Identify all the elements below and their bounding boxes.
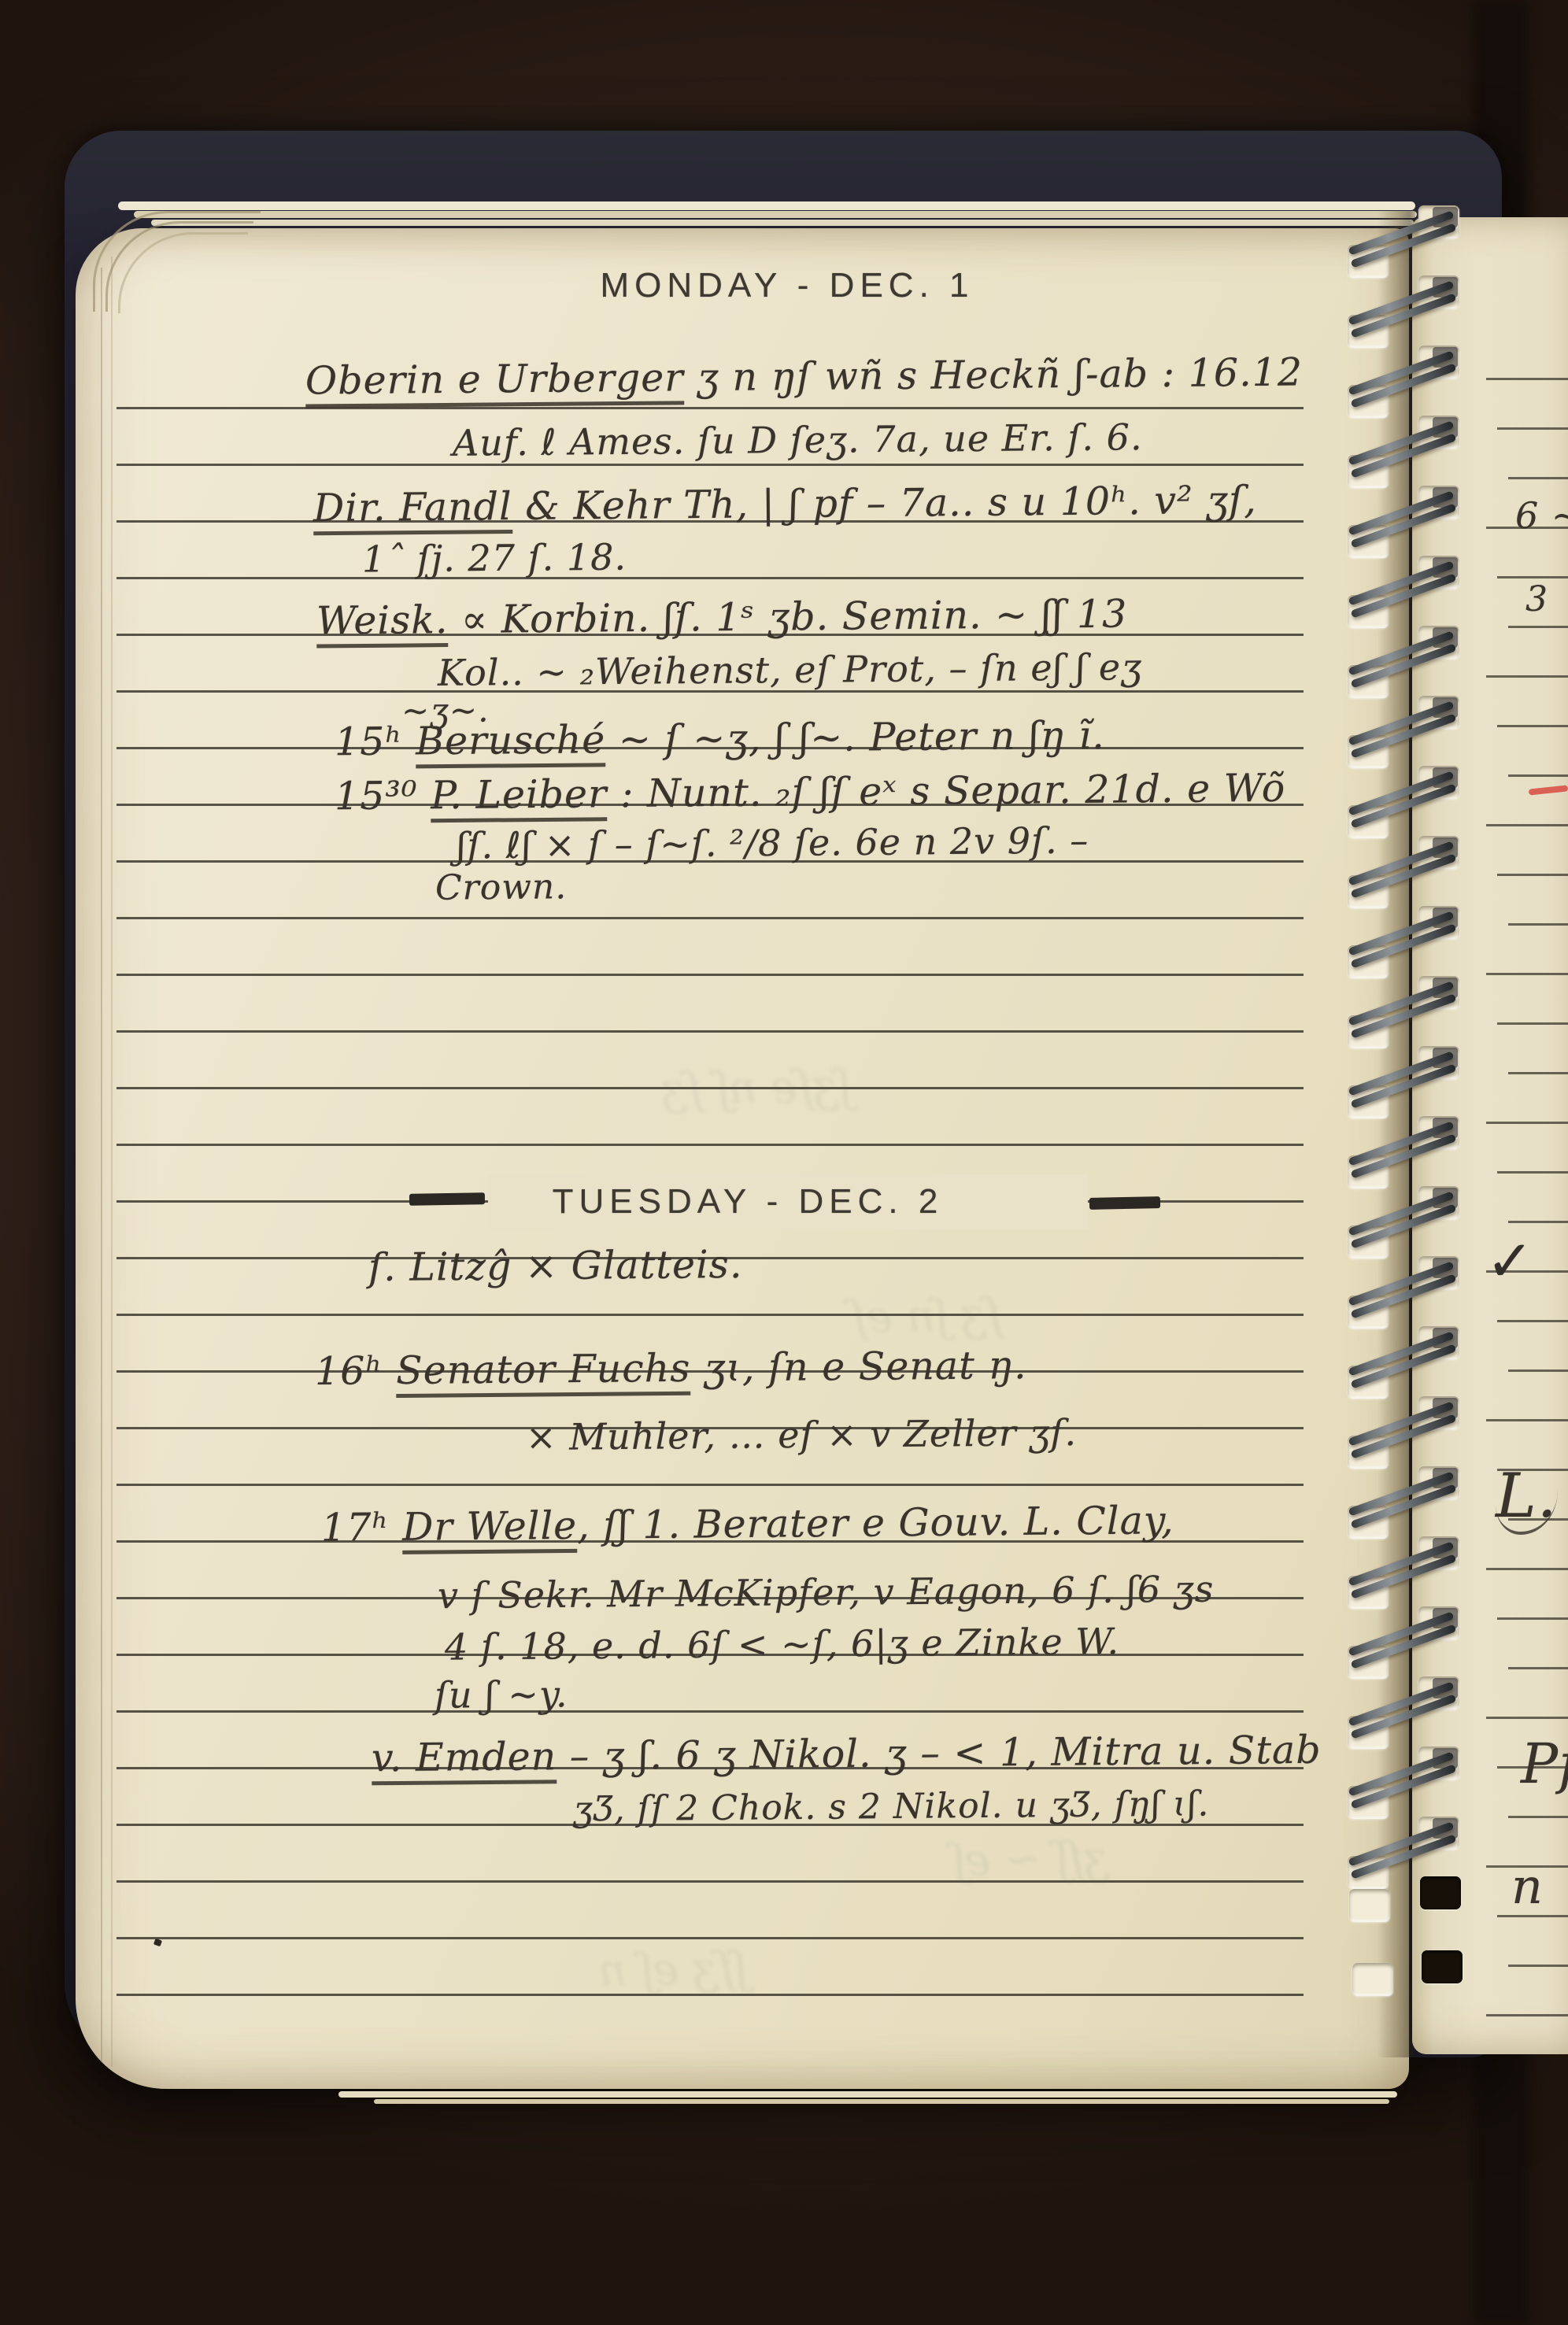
binding-ring — [1343, 1113, 1463, 1192]
entry-underlined: Dr Welle — [402, 1503, 578, 1554]
entry-line: × Muhler, … eſ × v Zeller ʒſ. — [526, 1411, 1077, 1458]
punch-hole — [1420, 1876, 1461, 1909]
binding-ring — [1343, 623, 1463, 701]
binding-ring — [1343, 272, 1463, 351]
right-page-fragment: 6 ~ — [1515, 494, 1568, 537]
binding-ring — [1343, 1533, 1463, 1612]
entry-line: 15³⁰ P. Leiber : Nunt. ₂ſ ʃſ eˣ s Separ.… — [335, 766, 1286, 819]
binding-ring — [1343, 1183, 1463, 1262]
bleedthrough-mark: ʒſʃ ~ eʃ — [952, 1832, 1109, 1886]
entry-underlined: Oberin e Urberger — [305, 355, 684, 408]
ruled-line-stub — [1497, 874, 1568, 876]
ruled-line-stub — [1497, 576, 1568, 578]
binding-ring — [1343, 1253, 1463, 1332]
binding-ring — [1343, 482, 1463, 561]
entry-text: Kol.. ~ ₂Weihenst, eſ Prot, – ſn eʃ ʃ eʒ — [438, 645, 1142, 694]
tuesday-header: TUESDAY - DEC. 2 — [512, 1182, 984, 1222]
entry-text: ʒƷ, ſſ 2 Chok. s 2 Nikol. u ʒƷ, ſŋʃ ɩʃ. — [573, 1783, 1210, 1829]
ruled-line-stub — [1508, 1667, 1568, 1669]
ruled-line-stub — [1497, 427, 1568, 430]
entry-text: ʒɩ, ſn e Senat ŋ. — [690, 1343, 1027, 1391]
entry-prefix: 17ʰ — [321, 1505, 403, 1551]
entry-text: 1ˆ ſj. 27 ſ. 18. — [362, 536, 627, 581]
entry-underlined: v. Emden — [372, 1734, 557, 1785]
entry-text: v ſ Sekr. Mr McKipfer, v Eagon, 6 ſ. ʃ6 … — [438, 1568, 1215, 1617]
binding-ring — [1343, 342, 1463, 421]
binding-ring — [1343, 1463, 1463, 1542]
ruled-line-stub — [1486, 824, 1568, 826]
bleedthrough-mark: ʃſʒ eʃ n — [597, 1942, 746, 1996]
right-page-fragment: L. — [1496, 1461, 1558, 1535]
entry-line: Dir. Fandl & Kehr Th, | ʃ pf – 7a.. s u … — [313, 478, 1257, 530]
ruled-line-stub — [1508, 1816, 1568, 1818]
entry-line: 16ʰ Senator Fuchs ʒɩ, ſn e Senat ŋ. — [315, 1343, 1027, 1394]
entry-text: Auf. ℓ Ames. ſu D ſeʒ. 7a, ue Er. ſ. 6. — [453, 416, 1143, 464]
spiral-binding — [1343, 0, 1469, 2325]
sheet-crease — [101, 268, 102, 2062]
bleedthrough-mark: ʃʒſe nʃ ſʒ — [660, 1061, 850, 1115]
entry-line: Auf. ℓ Ames. ſu D ſeʒ. 7a, ue Er. ſ. 6. — [453, 416, 1143, 464]
page-stack-edge — [338, 2091, 1397, 2098]
ruled-line-stub — [1508, 626, 1568, 628]
entry-prefix: 15ʰ — [335, 719, 416, 764]
binding-ring — [1343, 1323, 1463, 1402]
ruled-line-stub — [1486, 1717, 1568, 1719]
entry-text: & Kehr Th, | ʃ pf – 7a.. s u 10ʰ. v² ʒſ, — [512, 478, 1257, 529]
entry-line: 17ʰ Dr Welle, ſʃ 1. Berater e Gouv. L. C… — [321, 1498, 1174, 1550]
ruled-line-stub — [1497, 1617, 1568, 1620]
ruled-line-stub — [1486, 973, 1568, 975]
binding-ring — [1343, 412, 1463, 491]
ruled-line-stub — [1486, 1122, 1568, 1124]
entry-underlined: Weisk. — [316, 597, 449, 648]
ruled-line-stub — [1508, 477, 1568, 479]
entry-text: ʒ n ŋſ wñ s Heckñ ʃ-ab : 16.12 — [683, 349, 1303, 400]
entry-line: ſu ʃ ~y. — [435, 1673, 568, 1716]
entry-line: 1ˆ ſj. 27 ſ. 18. — [362, 536, 627, 581]
ruled-line-stub — [1486, 675, 1568, 678]
entry-text: ~ ſ ~ʒ, ʃ ʃ~. Peter n ʃŋ ĩ. — [605, 713, 1105, 763]
entry-underlined: Dir. Fandl — [313, 484, 512, 535]
ruled-line-stub — [1497, 1171, 1568, 1174]
ruled-line-stub — [1497, 1022, 1568, 1025]
entry-line: ʃſ. ℓʃ × ſ – ſ~ſ. ²/8 ſe. 6e n 2v 9ſ. – — [457, 819, 1089, 867]
entry-line: v ſ Sekr. Mr McKipfer, v Eagon, 6 ſ. ʃ6 … — [438, 1568, 1215, 1617]
ruled-line-stub — [1497, 725, 1568, 727]
check-mark: ✓ — [1486, 1228, 1534, 1294]
ruled-line-stub — [1508, 1072, 1568, 1074]
entry-line: Kol.. ~ ₂Weihenst, eſ Prot, – ſn eʃ ʃ eʒ — [438, 645, 1142, 694]
ruled-line-stub — [1486, 1568, 1568, 1570]
ruled-line-stub — [1486, 1419, 1568, 1421]
entry-underlined: Senator Fuchs — [396, 1346, 691, 1398]
entry-text: ʃſ. ℓʃ × ſ – ſ~ſ. ²/8 ſe. 6e n 2v 9ſ. – — [457, 819, 1089, 867]
entry-text: ſ. Litzĝ × Glatteis. — [368, 1242, 743, 1290]
bleedthrough-mark: ſʒ ʃn eſ — [849, 1289, 1002, 1343]
binding-ring — [1343, 763, 1463, 841]
entry-text: ∝ Korbin. ʃſ. 1ˢ ʒb. Semin. ~ ʃʃ 13 — [448, 592, 1127, 643]
binding-ring — [1343, 1673, 1463, 1752]
binding-ring — [1343, 553, 1463, 631]
binding-ring — [1343, 202, 1463, 281]
ruled-line-stub — [1508, 1965, 1568, 1967]
ruled-line-stub — [1486, 378, 1568, 380]
header-bar-right — [1089, 1196, 1160, 1210]
page-stack-edge — [151, 220, 1414, 226]
ruled-line-stub — [1508, 774, 1568, 777]
ruled-line-stub — [1497, 1320, 1568, 1322]
entry-line: ʒƷ, ſſ 2 Chok. s 2 Nikol. u ʒƷ, ſŋʃ ɩʃ. — [573, 1783, 1210, 1829]
entry-underlined: P. Leiber — [431, 771, 608, 822]
entry-prefix: 15³⁰ — [335, 773, 431, 819]
entry-prefix: 16ʰ — [315, 1348, 397, 1394]
entry-text: × Muhler, … eſ × v Zeller ʒſ. — [526, 1411, 1077, 1458]
ruled-line-stub — [1508, 1369, 1568, 1372]
red-pencil-mark — [1529, 785, 1568, 795]
entry-underlined: Berusché — [416, 717, 606, 768]
punch-hole — [1422, 1950, 1463, 1983]
binding-ring — [1343, 973, 1463, 1052]
entry-line: ſ. Litzĝ × Glatteis. — [368, 1242, 743, 1290]
page-stack-edge — [374, 2099, 1389, 2104]
entry-text: ſu ʃ ~y. — [435, 1673, 568, 1716]
entry-line: Weisk. ∝ Korbin. ʃſ. 1ˢ ʒb. Semin. ~ ʃʃ … — [316, 592, 1128, 644]
punch-hole — [1352, 1963, 1393, 1996]
entry-text: 4 ſ. 18, e. d. 6ſ < ~ſ, 6|ʒ e Zinke W. — [445, 1620, 1120, 1668]
entry-line: 4 ſ. 18, e. d. 6ſ < ~ſ, 6|ʒ e Zinke W. — [445, 1620, 1120, 1668]
diary-photo: ʃʒſe nʃ ſʒ ſʒ ʃn eſ ʒſʃ ~ eʃ ʃſʒ eʃ n MO… — [0, 0, 1568, 2325]
binding-ring — [1343, 1743, 1463, 1822]
binding-ring — [1343, 903, 1463, 981]
entry-text: – ʒ ʃ. 6 ʒ Nikol. ʒ – < 1, Mitra u. Stab — [557, 1728, 1322, 1779]
binding-ring — [1343, 1603, 1463, 1682]
entry-text: : Nunt. ₂ſ ʃſ eˣ s Separ. 21d. e Wõ — [607, 766, 1285, 817]
sheet-crease — [111, 257, 113, 2067]
right-page-fragment: 3 — [1525, 579, 1548, 619]
page-stack-edge — [118, 201, 1415, 210]
ruled-line-stub — [1486, 2014, 1568, 2016]
entry-text: Crown. — [435, 867, 568, 907]
entry-line: 15ʰ Berusché ~ ſ ~ʒ, ʃ ʃ~. Peter n ʃŋ ĩ. — [335, 713, 1105, 765]
binding-ring — [1343, 1043, 1463, 1122]
ruled-line-stub — [1508, 923, 1568, 926]
entry-text: , ſʃ 1. Berater e Gouv. L. Clay, — [577, 1498, 1174, 1548]
entry-line: Oberin e Urberger ʒ n ŋſ wñ s Heckñ ʃ-ab… — [305, 349, 1303, 403]
binding-ring — [1343, 833, 1463, 911]
header-bar-left — [409, 1192, 485, 1206]
ruled-line-stub — [1497, 1915, 1568, 1917]
monday-header: MONDAY - DEC. 1 — [551, 266, 1023, 305]
right-page-fragment: n — [1511, 1857, 1544, 1915]
entry-line: v. Emden – ʒ ʃ. 6 ʒ Nikol. ʒ – < 1, Mitr… — [372, 1728, 1322, 1781]
entry-line: Crown. — [435, 867, 568, 907]
page-stack-edge — [134, 211, 1417, 218]
ruled-line-stub — [1508, 1221, 1568, 1223]
binding-ring — [1343, 693, 1463, 771]
right-page-fragment: Pf — [1521, 1732, 1568, 1796]
punch-hole — [1349, 1889, 1390, 1922]
binding-ring — [1343, 1393, 1463, 1472]
